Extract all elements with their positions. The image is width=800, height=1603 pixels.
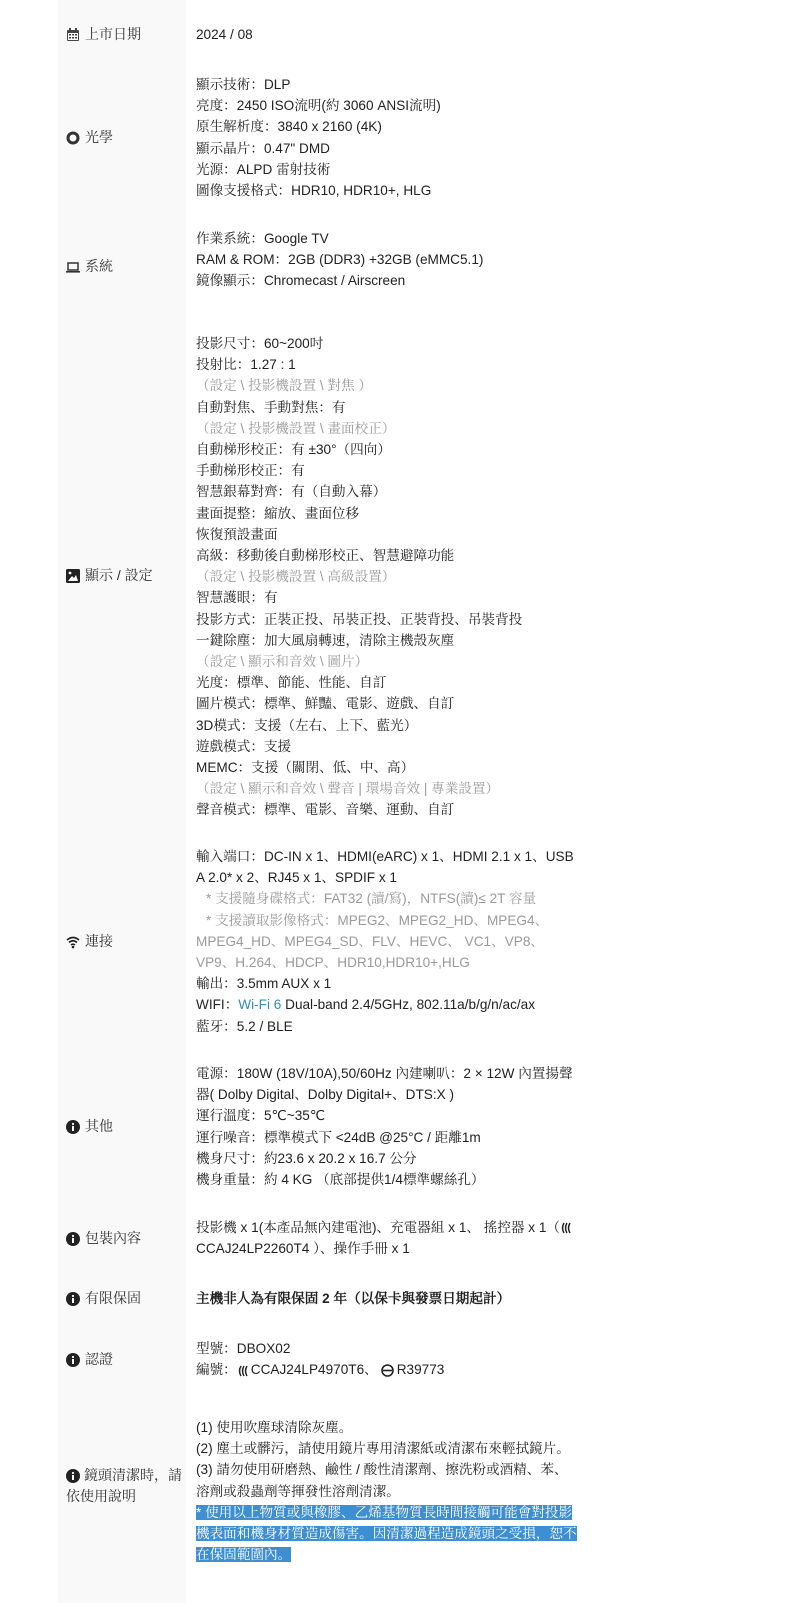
label-text: 鏡頭清潔時，請依使用說明 [66,1467,182,1504]
launch-date-value: 2024 / 08 [196,24,616,45]
spec-line: 顯示技術：DLP [196,74,616,95]
spec-line: 光源：ALPD 雷射技術 [196,159,616,180]
settings-path: （設定 \ 投影機設置 \ 對焦 ） [196,375,616,396]
other-values: 電源：180W (18V/10A),50/60Hz 內建喇叭：2 × 12W 內… [196,1063,616,1190]
info-icon [66,1120,80,1134]
usb-format-note: * 支援隨身碟格式：FAT32 (讀/寫)，NTFS(讀)≤ 2T 容量 [196,888,606,909]
spec-line: MEMC：支援（關閉、低、中、高） [196,757,616,778]
spec-line: 運行噪音：標準模式下 <24dB @25°C / 距離1m [196,1127,616,1148]
spec-line: 遊戲模式：支援 [196,736,616,757]
optics-values: 顯示技術：DLP 亮度：2450 ISO流明(約 3060 ANSI流明) 原生… [196,74,616,201]
spec-line: 鏡像顯示：Chromecast / Airscreen [196,270,616,291]
spec-line: 聲音模式：標準、電影、音樂、運動、自訂 [196,799,616,820]
spec-line: 顯示晶片：0.47" DMD [196,138,616,159]
label-text: 其他 [85,1116,113,1137]
calendar-icon [66,28,80,42]
wifi-detail: Dual-band 2.4/5GHz, 802.11a/b/g/n/ac/ax [281,997,535,1012]
package-values: 投影機 x 1(本產品無內建電池)、充電器組 x 1、 搖控器 x 1（ CCA… [196,1217,616,1259]
label-text: 顯示 / 設定 [85,565,153,586]
label-lens-cleaning: 鏡頭清潔時，請依使用說明 [66,1465,186,1507]
label-text: 系統 [85,256,113,277]
label-text: 有限保固 [85,1288,141,1309]
label-text: 包裝內容 [85,1228,141,1249]
spec-line: 藍牙：5.2 / BLE [196,1016,606,1037]
label-system: 系統 [66,256,113,277]
settings-path: （設定 \ 投影機設置 \ 畫面校正） [196,418,616,439]
spec-line: 恢復預設畫面 [196,524,616,545]
label-connectivity: 連接 [66,931,113,952]
spec-line: 一鍵除塵：加大風扇轉速，清除主機殼灰塵 [196,630,616,651]
spec-line: 自動梯形校正：有 ±30°（四向） [196,439,616,460]
label-text: 認證 [85,1349,113,1370]
label-text: 連接 [85,931,113,952]
system-values: 作業系統：Google TV RAM & ROM：2GB (DDR3) +32G… [196,228,616,292]
package-line: 投影機 x 1(本產品無內建電池)、充電器組 x 1、 搖控器 x 1（ [196,1217,616,1238]
spec-line: 手動梯形校正：有 [196,460,616,481]
connectivity-values: 輸入端口：DC-IN x 1、HDMI(eARC) x 1、HDMI 2.1 x… [196,846,606,1037]
wifi-icon [66,935,80,949]
spec-line: 原生解析度：3840 x 2160 (4K) [196,116,616,137]
wifi6-link[interactable]: Wi-Fi 6 [238,997,281,1012]
ncc-icon [237,1364,251,1378]
spec-line: 投影方式：正裝正投、吊裝正投、正裝背投、吊裝背投 [196,609,616,630]
spec-line: 投影尺寸：60~200吋 [196,333,616,354]
label-other: 其他 [66,1116,113,1137]
spec-line: 輸入端口：DC-IN x 1、HDMI(eARC) x 1、HDMI 2.1 x… [196,846,606,867]
certification-values: 型號：DBOX02 編號：CCAJ24LP4970T6、R39773 [196,1338,616,1380]
settings-path: （設定 \ 投影機設置 \ 高級設置） [196,566,616,587]
warning-highlight: * 使用以上物質或與橡膠、乙烯基物質長時間接觸可能會對投影 [196,1505,572,1520]
label-text: 上市日期 [85,24,141,45]
bsmi-code: R39773 [397,1362,445,1377]
model-number: 型號：DBOX02 [196,1338,616,1359]
spec-line: 器( Dolby Digital、Dolby Digital+、DTS:X ) [196,1084,616,1105]
spec-line: 畫面提整：縮放、畫面位移 [196,503,616,524]
cleaning-step: 溶劑或殺蟲劑等揮發性溶劑清潔。 [196,1481,616,1502]
spec-line: 機身尺寸：約23.6 x 20.2 x 16.7 公分 [196,1148,616,1169]
cert-code-line: 編號：CCAJ24LP4970T6、R39773 [196,1359,616,1380]
label-warranty: 有限保固 [66,1288,141,1309]
label-package: 包裝內容 [66,1228,141,1249]
cleaning-values: (1) 使用吹塵球清除灰塵。 (2) 塵土或髒污，請使用鏡片專用清潔紙或清潔布來… [196,1417,616,1565]
info-icon [66,1469,80,1483]
info-icon [66,1353,80,1367]
display-values: 投影尺寸：60~200吋 投射比：1.27 : 1 （設定 \ 投影機設置 \ … [196,333,616,821]
spec-line: 3D模式：支援（左右、上下、藍光） [196,715,616,736]
cleaning-step: (2) 塵土或髒污，請使用鏡片專用清潔紙或清潔布來輕拭鏡片。 [196,1438,616,1459]
ncc-icon [560,1221,574,1235]
circle-ring-icon [66,131,80,145]
code-prefix: 編號： [196,1362,237,1377]
warning-highlight: 在保固範圍內。 [196,1547,291,1562]
ncc-code: CCAJ24LP4970T6、 [251,1362,378,1377]
spec-line: 智慧銀幕對齊：有（自動入幕） [196,481,616,502]
settings-path: （設定 \ 顯示和音效 \ 聲音 | 環場音效 | 專業設置） [196,778,616,799]
spec-line: 圖像支援格式：HDR10, HDR10+, HLG [196,180,616,201]
warranty-value: 主機非人為有限保固 2 年（以保卡與發票日期起計） [196,1288,616,1309]
cleaning-step: (1) 使用吹塵球清除灰塵。 [196,1417,616,1438]
settings-path: （設定 \ 顯示和音效 \ 圖片） [196,651,616,672]
spec-line: RAM & ROM：2GB (DDR3) +32GB (eMMC5.1) [196,249,616,270]
package-text: 投影機 x 1(本產品無內建電池)、充電器組 x 1、 搖控器 x 1（ [196,1220,560,1235]
spec-line: 光度：標準、節能、性能、自訂 [196,672,616,693]
spec-line: 運行溫度：5℃~35℃ [196,1105,616,1126]
spec-line: 投射比：1.27 : 1 [196,354,616,375]
label-certification: 認證 [66,1349,113,1370]
spec-line: 亮度：2450 ISO流明(約 3060 ANSI流明) [196,95,616,116]
wifi-prefix: WIFI： [196,997,238,1012]
info-icon [66,1292,80,1306]
laptop-icon [66,260,80,274]
cleaning-step: (3) 請勿使用研磨熱、鹼性 / 酸性清潔劑、擦洗粉或酒精、苯、 [196,1459,616,1480]
video-format-note: VP9、H.264、HDCP、HDR10,HDR10+,HLG [196,952,606,973]
spec-line: 自動對焦、手動對焦：有 [196,397,616,418]
bsmi-icon [381,1364,394,1377]
label-optics: 光學 [66,127,113,148]
label-display-settings: 顯示 / 設定 [66,565,153,586]
spec-line: 輸出：3.5mm AUX x 1 [196,973,606,994]
label-launch-date: 上市日期 [66,24,141,45]
spec-line: A 2.0* x 2、RJ45 x 1、SPDIF x 1 [196,867,606,888]
spec-line: 智慧護眼：有 [196,587,616,608]
warning-highlight: 機表面和機身材質造成傷害。因清潔過程造成鏡頭之受損，恕不 [196,1526,577,1541]
spec-line: 高級：移動後自動梯形校正、智慧避障功能 [196,545,616,566]
spec-line: 作業系統：Google TV [196,228,616,249]
wifi-line: WIFI：Wi-Fi 6 Dual-band 2.4/5GHz, 802.11a… [196,994,606,1015]
package-line: CCAJ24LP2260T4 ）、操作手冊 x 1 [196,1238,616,1259]
spec-line: 圖片模式：標準、鮮豔、電影、遊戲、自訂 [196,693,616,714]
video-format-note: MPEG4_HD、MPEG4_SD、FLV、HEVC、 VC1、VP8、 [196,931,606,952]
spec-line: 電源：180W (18V/10A),50/60Hz 內建喇叭：2 × 12W 內… [196,1063,616,1084]
video-format-note: * 支援讀取影像格式：MPEG2、MPEG2_HD、MPEG4、 [196,910,606,931]
spec-line: 機身重量：約 4 KG （底部提供1/4標準螺絲孔） [196,1169,616,1190]
image-icon [66,569,80,583]
label-text: 光學 [85,127,113,148]
info-icon [66,1232,80,1246]
